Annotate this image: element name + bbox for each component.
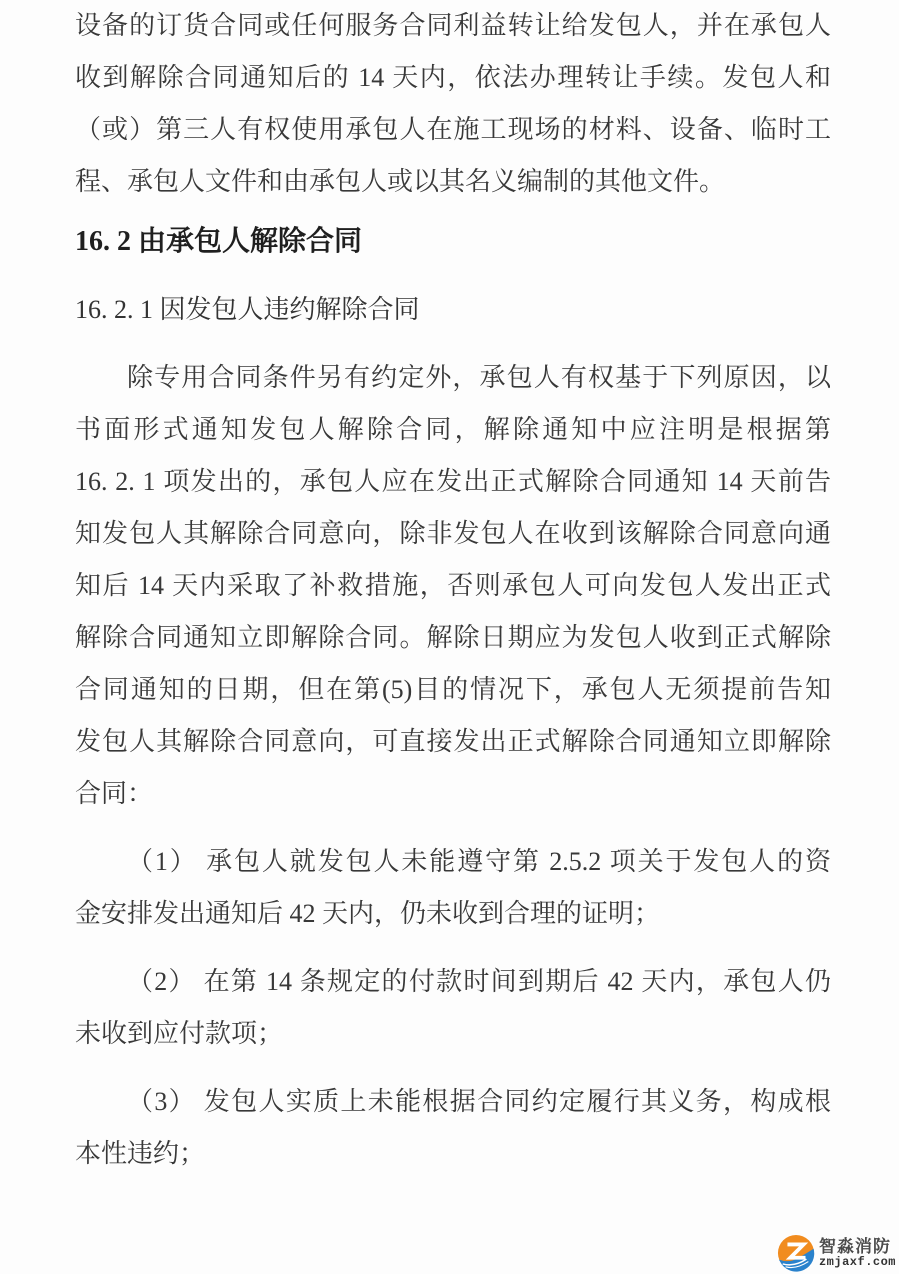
text-line: 16. 2 由承包人解除合同	[75, 216, 831, 268]
paragraph: 除专用合同条件另有约定外，承包人有权基于下列原因，以书面形式通知发包人解除合同，…	[75, 352, 831, 820]
text-line: 合同：	[75, 768, 831, 820]
zm-logo-icon	[777, 1234, 815, 1272]
list-item: （1） 承包人就发包人未能遵守第 2.5.2 项关于发包人的资金安排发出通知后 …	[75, 836, 831, 940]
text-line: 本性违约；	[75, 1128, 831, 1180]
text-line: 知后 14 天内采取了补救措施，否则承包人可向发包人发出正式	[75, 560, 831, 612]
text-line: 未收到应付款项；	[75, 1008, 831, 1060]
brand-name: 智淼消防	[819, 1238, 896, 1256]
text-line: 书面形式通知发包人解除合同，解除通知中应注明是根据第	[75, 404, 831, 456]
text-line: 16. 2. 1 因发包人违约解除合同	[75, 284, 831, 336]
text-line: 金安排发出通知后 42 天内，仍未收到合理的证明；	[75, 888, 831, 940]
text-line: 程、承包人文件和由承包人或以其名义编制的其他文件。	[75, 156, 831, 208]
text-line: 设备的订货合同或任何服务合同利益转让给发包人，并在承包人	[75, 0, 831, 52]
text-line: 知发包人其解除合同意向，除非发包人在收到该解除合同意向通	[75, 508, 831, 560]
watermark: 智淼消防 zmjaxf.com	[777, 1234, 896, 1272]
text-line: 发包人其解除合同意向，可直接发出正式解除合同通知立即解除	[75, 716, 831, 768]
text-line: （2） 在第 14 条规定的付款时间到期后 42 天内，承包人仍	[75, 956, 831, 1008]
text-line: 16. 2. 1 项发出的，承包人应在发出正式解除合同通知 14 天前告	[75, 456, 831, 508]
watermark-text: 智淼消防 zmjaxf.com	[819, 1238, 896, 1268]
list-item: （2） 在第 14 条规定的付款时间到期后 42 天内，承包人仍未收到应付款项；	[75, 956, 831, 1060]
text-line: 解除合同通知立即解除合同。解除日期应为发包人收到正式解除	[75, 612, 831, 664]
text-line: （3） 发包人实质上未能根据合同约定履行其义务，构成根	[75, 1076, 831, 1128]
text-line: （或）第三人有权使用承包人在施工现场的材料、设备、临时工	[75, 104, 831, 156]
document-content: 设备的订货合同或任何服务合同利益转让给发包人，并在承包人收到解除合同通知后的 1…	[75, 0, 831, 1180]
text-line: 收到解除合同通知后的 14 天内，依法办理转让手续。发包人和	[75, 52, 831, 104]
heading: 16. 2 由承包人解除合同	[75, 216, 831, 268]
list-item: （3） 发包人实质上未能根据合同约定履行其义务，构成根本性违约；	[75, 1076, 831, 1180]
text-line: 除专用合同条件另有约定外，承包人有权基于下列原因，以	[75, 352, 831, 404]
text-line: 合同通知的日期，但在第(5)目的情况下，承包人无须提前告知	[75, 664, 831, 716]
subheading: 16. 2. 1 因发包人违约解除合同	[75, 284, 831, 336]
brand-domain: zmjaxf.com	[819, 1256, 896, 1269]
paragraph: 设备的订货合同或任何服务合同利益转让给发包人，并在承包人收到解除合同通知后的 1…	[75, 0, 831, 208]
text-line: （1） 承包人就发包人未能遵守第 2.5.2 项关于发包人的资	[75, 836, 831, 888]
document-page: 设备的订货合同或任何服务合同利益转让给发包人，并在承包人收到解除合同通知后的 1…	[0, 0, 899, 1274]
